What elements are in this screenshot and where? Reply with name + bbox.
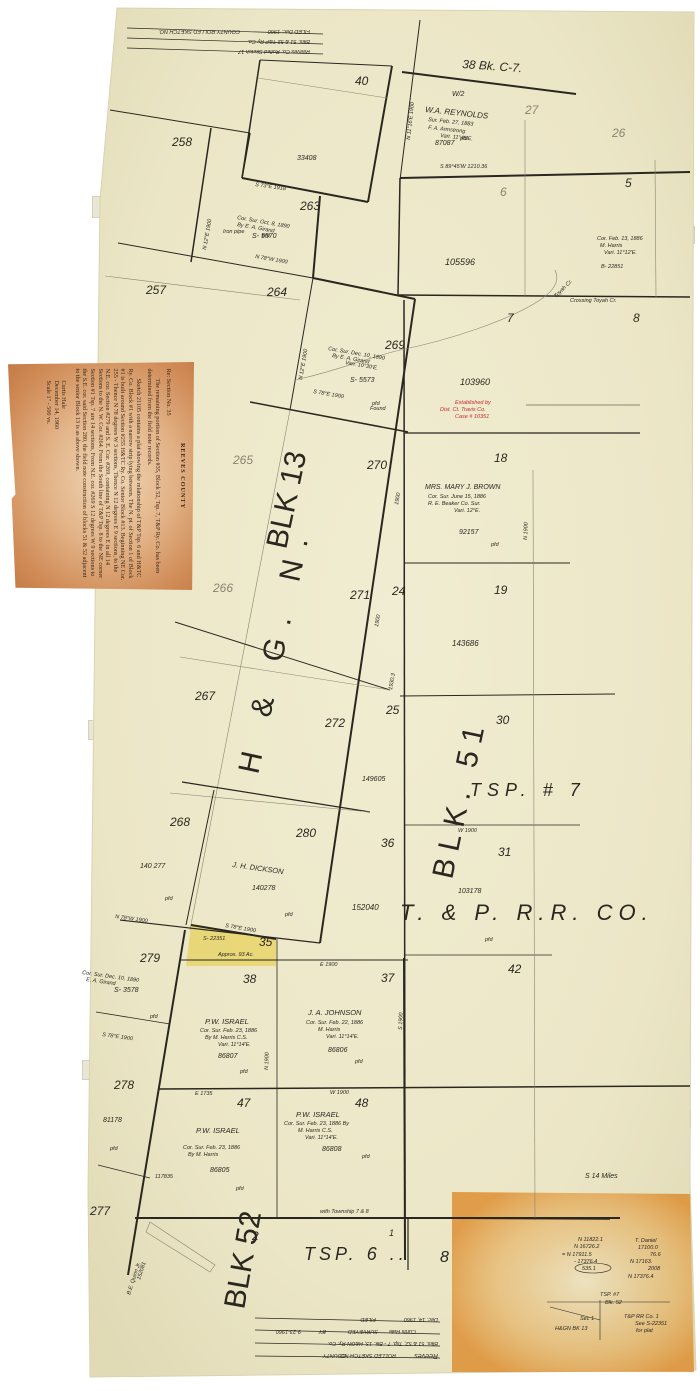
calc-line: T&P RR Co. 1 (624, 1314, 659, 1320)
section-8-bottom: 8 (440, 1249, 449, 1266)
harris-5-by: M. Harris (600, 243, 623, 249)
title-county-value: Reeves (414, 1352, 438, 1359)
bearing: with Township 7 & 8 (320, 1209, 370, 1215)
bearing: E 1735 (195, 1091, 213, 1097)
pfd-note: pfd (109, 1146, 119, 1152)
top-title-line3: COUNTY ROLLED SKETCH NO. (158, 28, 240, 34)
pfd-note: pfd (235, 1186, 245, 1192)
section-47: 47 (237, 1096, 252, 1110)
pfd-note: pfd (261, 233, 271, 239)
file-143686: 143686 (452, 639, 479, 648)
calc-line: 76.6 (650, 1252, 662, 1258)
calc-line: T. Daniel (635, 1238, 657, 1244)
section-27: 27 (524, 103, 540, 117)
section-257: 257 (145, 283, 167, 297)
section-264: 264 (266, 285, 287, 299)
reynolds-half: W/2 (452, 91, 465, 98)
survey-map-scan: BLK 13 H & G. N. BLK. 51 BLK 52 TSP. # 7… (0, 0, 700, 1391)
title-date: 9-23-1960 (275, 1328, 301, 1334)
pfd-note: pfd (284, 912, 294, 918)
section-279: 279 (139, 951, 160, 965)
pfd-note: pfd (239, 1069, 249, 1075)
calc-line: 17100.0 (638, 1245, 659, 1251)
israel2-by: By M. Harris (188, 1152, 219, 1158)
pfd-note: pfd (459, 136, 469, 142)
section-266: 266 (212, 581, 233, 595)
title-surveyor: Curtis Hale (389, 1328, 416, 1334)
pfd-note: pfd (354, 1059, 364, 1065)
israel3-file: 86808 (322, 1146, 342, 1153)
file-33408: 33408 (297, 155, 317, 162)
found-note: Found (370, 406, 387, 412)
section-42: 42 (508, 962, 522, 976)
s14-miles: S 14 Miles (585, 1173, 618, 1180)
section-26: 26 (611, 126, 626, 140)
bearing: S 89°45'W 1210.36 (440, 164, 488, 170)
bearing: N 1900 (264, 1051, 271, 1070)
calc-line: = N 17911.5 (562, 1252, 593, 1258)
israel2-name: P.W. ISRAEL (196, 1126, 240, 1135)
section-258: 258 (171, 135, 192, 149)
sticker-re: Re: Section No. 35 (165, 369, 173, 584)
sticker-text: REEVES COUNTY Re: Section No. 35 The rem… (16, 369, 186, 584)
section-24: 24 (391, 584, 406, 598)
sticker-signer: Curtis Hale (60, 381, 68, 584)
bearing: W 1900 (458, 828, 478, 834)
calc-line: H&GN BK 13 (555, 1326, 588, 1332)
section-277: 277 (89, 1204, 111, 1218)
calc-line: for plat (636, 1328, 653, 1334)
bearing: S 1900 (398, 1011, 405, 1030)
section-48: 48 (355, 1096, 369, 1110)
red-note-1: Established by (455, 400, 492, 406)
section-263: 263 (299, 199, 320, 213)
section-25: 25 (385, 703, 400, 717)
section-35: 35 (259, 935, 273, 949)
section-38: 38 (243, 972, 257, 986)
section-272: 272 (324, 716, 345, 730)
attached-note-sticker: REEVES COUNTY Re: Section No. 35 The rem… (8, 362, 194, 590)
section-18: 18 (494, 451, 508, 465)
section-271: 271 (349, 588, 370, 602)
title-filed-label: FILED (360, 1316, 376, 1322)
red-note-2: Dist. Ct. Travis Co. (440, 407, 486, 413)
file-105596: 105596 (445, 257, 475, 267)
iron-pipe-note: Iron pipe (223, 229, 244, 235)
section-2: 2 (251, 1229, 259, 1243)
section-8: 8 (633, 311, 640, 325)
file-81178: 81178 (103, 1117, 122, 1124)
section-19: 19 (494, 583, 508, 597)
calc-line: - 17376.4 (574, 1259, 597, 1265)
file-149605: 149605 (362, 776, 385, 783)
johnson-by: M. Harris (318, 1027, 341, 1033)
file-117835: 117835 (155, 1174, 174, 1180)
top-title-line2: Blks. 51 & 52 T&P Ry Co. (247, 38, 310, 44)
israel3-name: P.W. ISRAEL (296, 1110, 340, 1119)
calc-line: See S-22351 (635, 1321, 667, 1327)
brown-sur: Cor. Sur. June 15, 1886 (428, 494, 487, 500)
harris-5-file: B- 22851 (601, 264, 623, 270)
brown-vari: Vari. 12°E. (454, 508, 480, 514)
calc-line: N 16726.2 (574, 1244, 599, 1250)
red-note-3: Case # 10351 (455, 414, 489, 420)
title-by-label: BY (318, 1328, 326, 1334)
section-269: 269 (384, 338, 405, 352)
israel1-file: 86807 (218, 1053, 239, 1060)
section-6: 6 (500, 185, 507, 199)
bearing: W 1900 (330, 1090, 350, 1096)
pfd-note: pfd (164, 896, 174, 902)
sticker-date: December 14, 1960 (52, 381, 60, 584)
title-filed-date: Dec. 14, 1960 (403, 1316, 438, 1322)
sticker-paragraph-1: The remaining portion of Section #35, Bl… (146, 369, 161, 584)
calc-line: N 17163. (630, 1259, 652, 1265)
label-tsp-bottom: TSP. 6 .. (304, 1244, 408, 1264)
brown-name: MRS. MARY J. BROWN (425, 484, 501, 491)
israel3-by: M. Harris C.S. (298, 1128, 333, 1134)
bearing: N 1900 (523, 521, 530, 540)
calc-line: TSP. #7 (600, 1292, 620, 1298)
israel2-sur: Cor. Sur. Feb. 23, 1886 (183, 1145, 241, 1151)
file-152040: 152040 (352, 903, 379, 912)
calc-line: Blk. 52 (605, 1300, 622, 1306)
file-103960: 103960 (460, 377, 490, 387)
israel1-vari: Vari. 11°14'E. (218, 1042, 251, 1048)
sticker-county: REEVES COUNTY (178, 369, 186, 584)
label-tp-rr: T. & P. R.R. CO. (400, 900, 654, 925)
label-tsp7: TSP. # 7 (470, 780, 586, 800)
file-140277: 140 277 (140, 863, 166, 870)
section-270: 270 (366, 458, 387, 472)
sticker-paragraph-2: Sketch 21105 contains a plat showing the… (73, 369, 141, 584)
pfd-note: pfd (149, 1014, 159, 1020)
israel1-sur: Cor. Sur. Feb. 23, 1886 (200, 1028, 258, 1034)
file-103178: 103178 (458, 888, 481, 895)
section-278: 278 (113, 1078, 134, 1092)
girand-269-file: S- 5573 (350, 377, 375, 384)
crossing-toyah: Crossing Toyah Cr. (570, 298, 617, 304)
file-approx: Approx. 93 Ac. (217, 952, 254, 958)
johnson-vari: Vari. 11°14'E. (326, 1034, 359, 1040)
calc-line: Sec 1 (580, 1316, 594, 1322)
harris-5: Cor. Feb. 13, 1886 (597, 236, 644, 242)
israel1-name: P.W. ISRAEL (205, 1017, 249, 1026)
section-5: 5 (625, 176, 632, 190)
section-31: 31 (498, 845, 511, 859)
pfd-note: pfd (484, 937, 494, 943)
paper-sheet (88, 8, 696, 1377)
harris-5-vari: Vari. 11°12'E. (604, 250, 637, 256)
title-county-label: COUNTY (322, 1352, 346, 1358)
section-30: 30 (496, 713, 510, 727)
section-268: 268 (169, 815, 190, 829)
top-title-line1: Reeves Co. Rolled Sketch 17 (237, 48, 310, 54)
section-36: 36 (381, 836, 395, 850)
title-description: Blks. 51 & 52, Tsp. 7 - Blk. 13, H&GN Ry… (328, 1340, 438, 1346)
section-280: 280 (295, 826, 316, 840)
section-267: 267 (194, 689, 216, 703)
file-s22351: S- 22351 (203, 936, 225, 942)
section-1: 1 (389, 1228, 394, 1238)
reynolds-file: 87087 (435, 140, 456, 147)
johnson-name: J. A. JOHNSON (307, 1008, 362, 1017)
johnson-sur: Cor. Sur. Feb. 22, 1886 (306, 1020, 364, 1026)
section-265: 265 (232, 453, 253, 467)
calc-line: N 11822.1 (578, 1237, 603, 1243)
dickson-file: 140278 (252, 885, 275, 892)
map-drawing: BLK 13 H & G. N. BLK. 51 BLK 52 TSP. # 7… (0, 0, 700, 1391)
israel3-vari: Vari. 11°14'E. (305, 1135, 338, 1141)
top-title-line4: FILED Dec. 1960 (267, 28, 310, 34)
calc-line: N 17376.4 (628, 1274, 653, 1280)
calc-line: 2008 (647, 1266, 661, 1272)
bearing: E 1900 (320, 962, 338, 968)
title-sketch-label: ROLLED SKETCH NO. (339, 1352, 396, 1358)
calc-line: 535.1 (582, 1266, 596, 1272)
title-surveyed-label: SURVEYED (348, 1328, 378, 1334)
israel3-sur: Cor. Sur. Feb. 23, 1886 By (284, 1121, 350, 1127)
section-40: 40 (355, 74, 369, 88)
sticker-scale: Scale 1" - 500 vs. (45, 381, 53, 584)
girand-279-file: S- 3578 (114, 987, 139, 994)
brown-by: R. E. Beaker Co. Sur. (428, 501, 481, 507)
israel2-file: 86805 (210, 1167, 230, 1174)
pfd-note: pfd (361, 1154, 371, 1160)
israel1-by: By M. Harris C.S. (205, 1035, 247, 1041)
johnson-file: 86806 (328, 1047, 348, 1054)
pfd-note: pfd (490, 542, 500, 548)
section-37: 37 (381, 971, 396, 985)
brown-file: 92157 (459, 529, 480, 536)
